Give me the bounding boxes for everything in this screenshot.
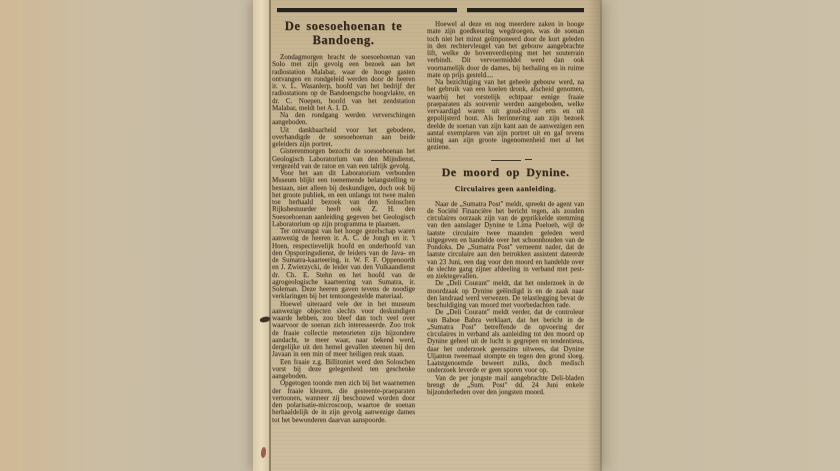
article2-paragraph: De „Deli Courant" meldt verder, dat de c…	[427, 309, 584, 374]
article1-paragraph: Een fraaie z.g. Billitoniet werd den Sol…	[272, 359, 415, 381]
section-divider-rule	[491, 160, 521, 161]
article1-paragraph: Zondagmorgen bracht de soesoehoenan van …	[272, 54, 415, 112]
newspaper-page: De soesoehoenan te Bandoeng. Zondagmorge…	[253, 0, 600, 471]
article1-continuation-paragraph: Hoewel al deze en nog meerdere zaken in …	[427, 21, 584, 79]
article2-paragraph: De „Deli Courant" meldt, dat het onderzo…	[427, 280, 584, 309]
article1-paragraph: Uit dankbaarheid voor het gebodene, over…	[272, 127, 415, 149]
article1-paragraph: Na den rondgang werden ververschingen aa…	[272, 112, 415, 127]
article1-paragraph: Ter ontvangst van het hooge gezelschap w…	[272, 228, 415, 301]
article1-continuation-paragraph: Na bezichtiging van het geheele gebouw w…	[427, 79, 584, 152]
page-fold-edge	[253, 0, 271, 471]
article2-paragraph: Van de per jongste mail aangebrachte Del…	[427, 375, 584, 397]
column-left: De soesoehoenan te Bandoeng. Zondagmorge…	[272, 0, 415, 424]
article1-paragraph: Voor het aan dit Laboratorium verbonden …	[272, 170, 415, 228]
article2-headline: De moord op Dynine.	[427, 166, 584, 179]
article1-headline: De soesoehoenan te Bandoeng.	[272, 19, 415, 47]
article1-paragraph: Opgetogen toonde men zich bij het waarne…	[272, 380, 415, 424]
column-right: Hoewel al deze en nog meerdere zaken in …	[427, 0, 584, 396]
article1-paragraph: Hoewel uiteraard vele der in het museum …	[272, 301, 415, 359]
article2-subhead: Circulaires geen aanleiding.	[427, 185, 584, 193]
article2-paragraph: Naar de „Sumatra Post" meldt, spreekt de…	[427, 201, 584, 281]
article1-paragraph: Gisterenmorgen bezocht de soesoehoenan h…	[272, 148, 415, 170]
